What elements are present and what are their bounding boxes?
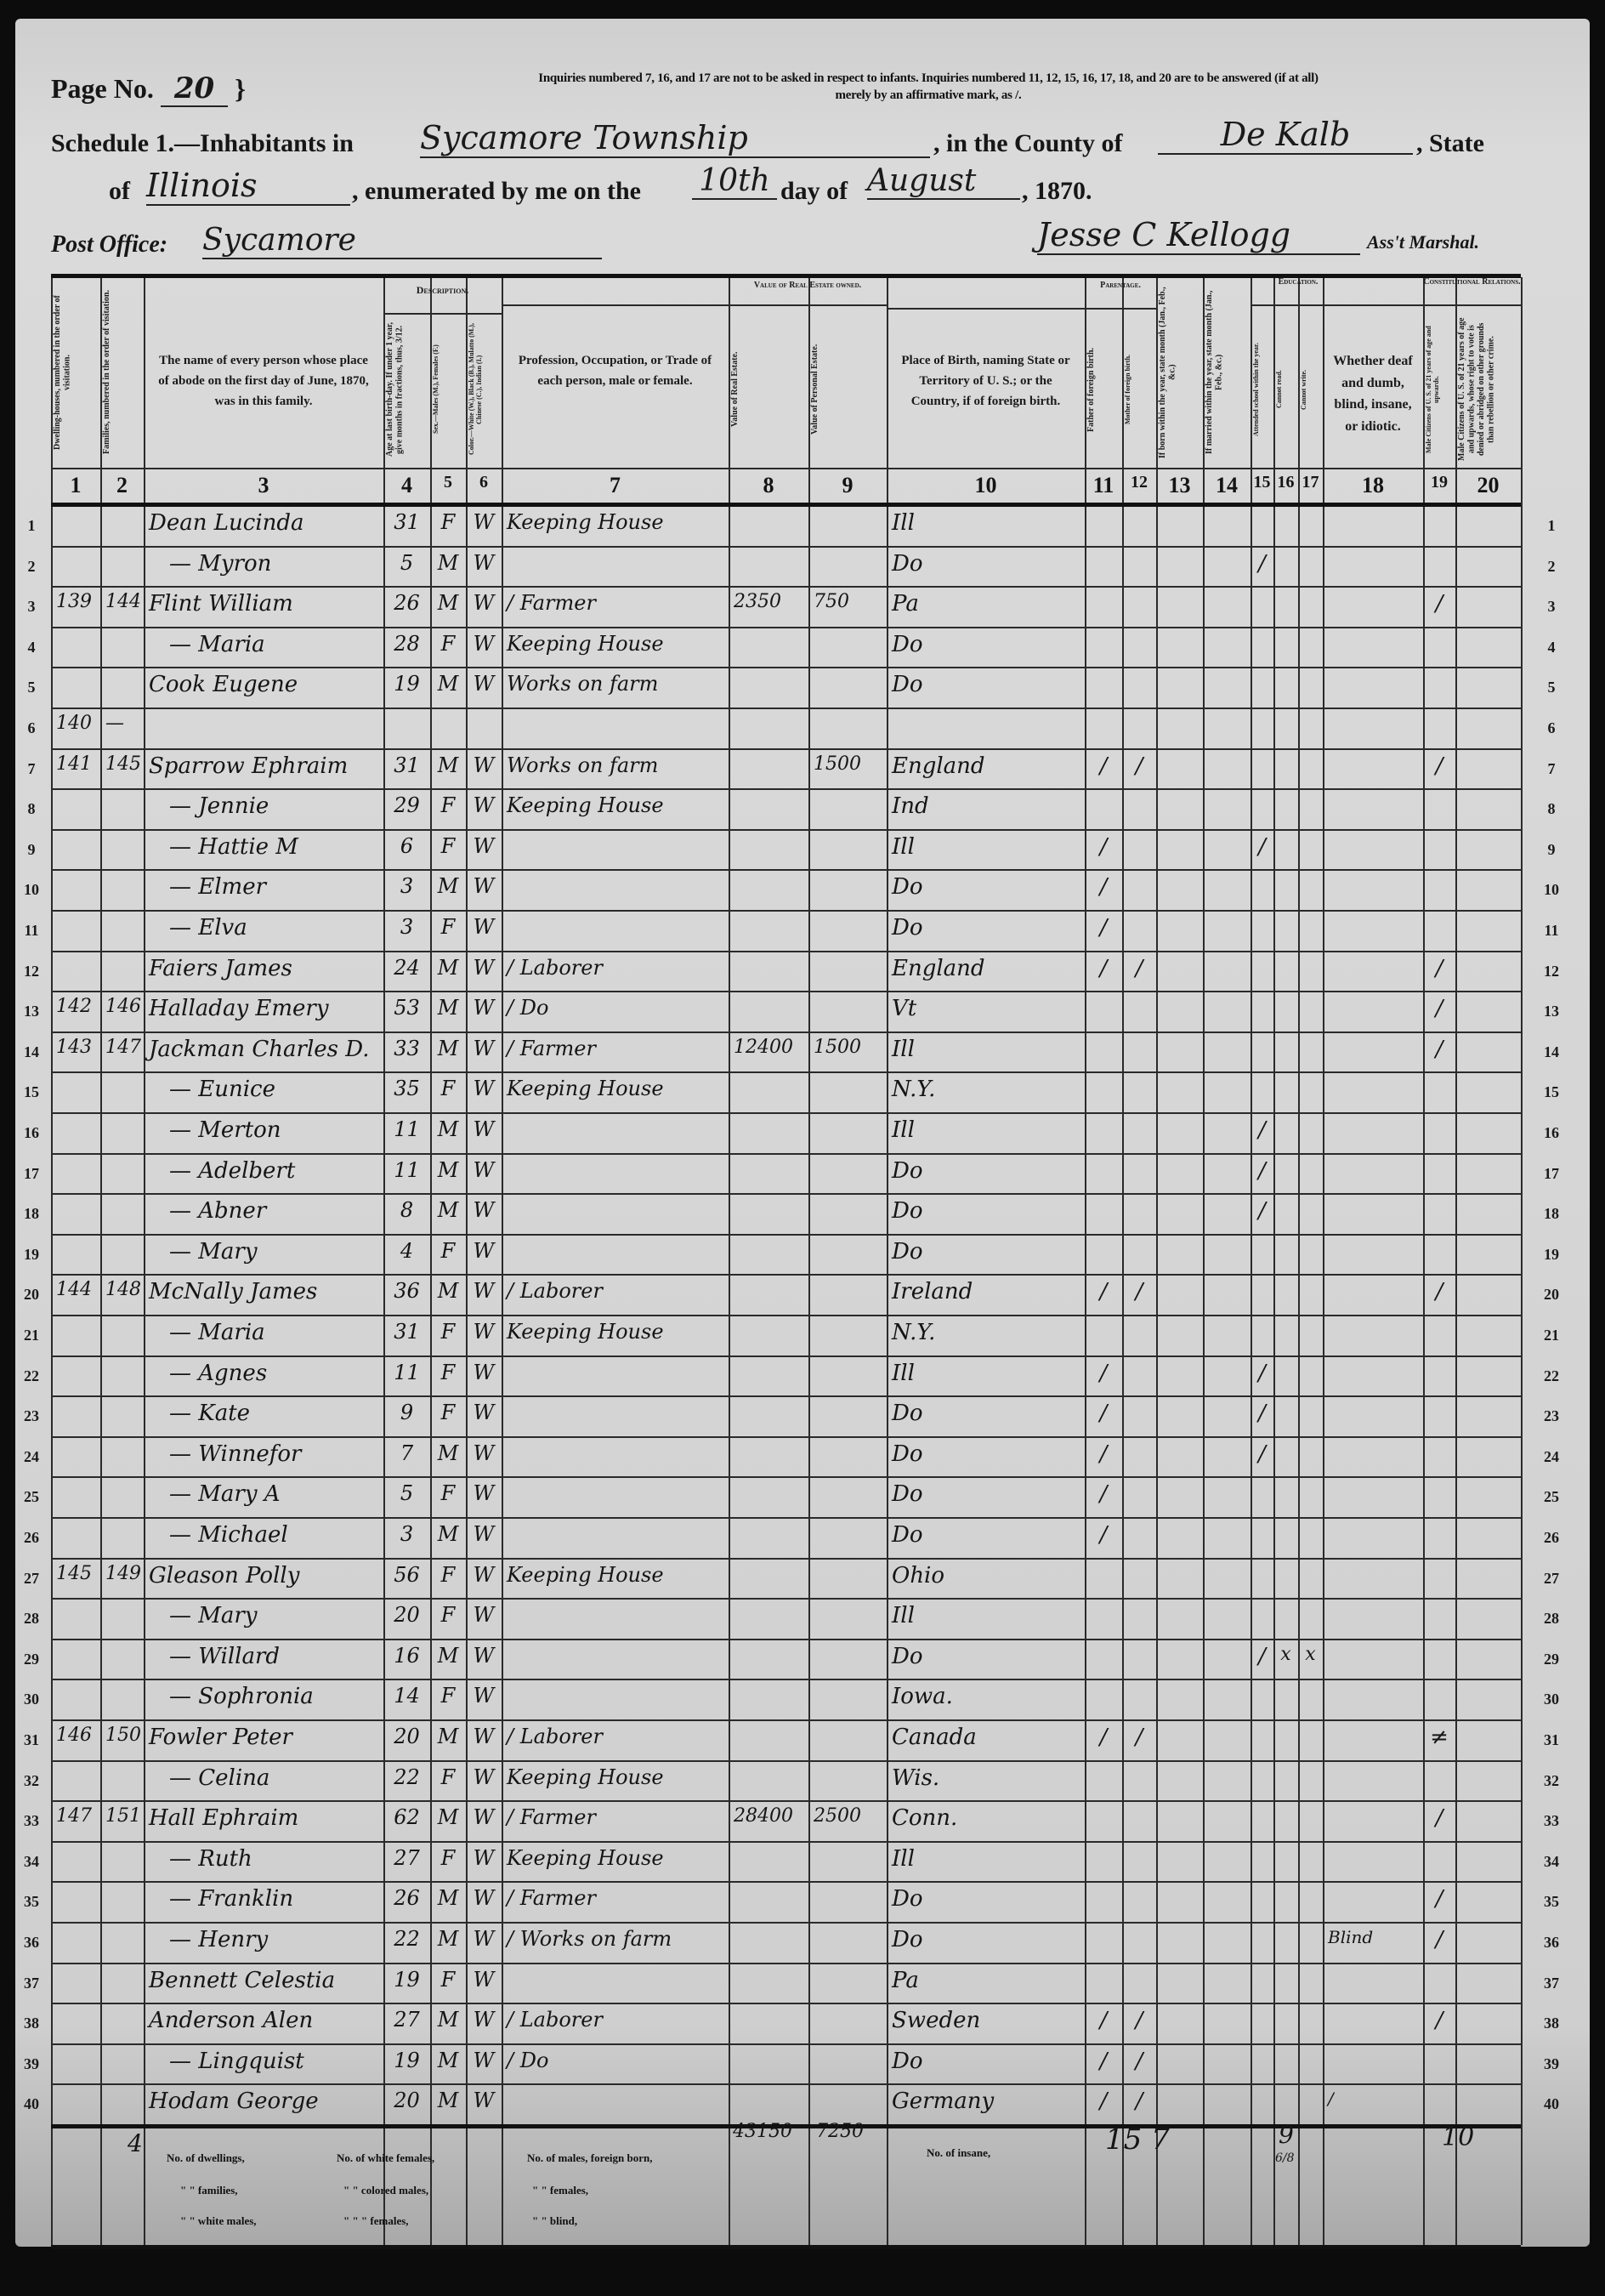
footer-total-school-sub: 6/8 xyxy=(1275,2151,1295,2165)
row-line-number-left: 17 xyxy=(19,1165,44,1183)
row-line-number-right: 8 xyxy=(1539,800,1564,818)
row-line-number-left: 15 xyxy=(19,1083,44,1101)
person-name: — Jennie xyxy=(169,793,269,819)
sex: M xyxy=(430,551,466,575)
column-header-8: Value of Real Estate. xyxy=(730,316,807,463)
row-line-number-left: 35 xyxy=(19,1893,44,1911)
occupation: Works on farm xyxy=(507,672,658,696)
age: 6 xyxy=(383,834,430,858)
row-line-number-left: 28 xyxy=(19,1610,44,1628)
sex: M xyxy=(430,672,466,696)
male-citizen-mark: / xyxy=(1423,1886,1455,1912)
birthplace: Ill xyxy=(892,510,915,536)
sex: F xyxy=(430,1361,466,1384)
age: 24 xyxy=(383,956,430,980)
column-header-1: Dwelling-houses, numbered in the order o… xyxy=(53,282,99,463)
sex: F xyxy=(430,632,466,656)
color: W xyxy=(466,1198,502,1222)
footer-family-count: 4 xyxy=(128,2129,143,2157)
age: 27 xyxy=(383,1846,430,1870)
person-name: — Maria xyxy=(169,632,265,657)
age: 62 xyxy=(383,1805,430,1829)
person-name: Faiers James xyxy=(149,956,292,981)
footer-label-foreign-females: " " females, xyxy=(532,2184,588,2197)
sex: F xyxy=(430,793,466,817)
birthplace: N.Y. xyxy=(892,1320,935,1345)
color: W xyxy=(466,1037,502,1060)
row-line-number-left: 27 xyxy=(19,1570,44,1588)
row-line-number-left: 18 xyxy=(19,1205,44,1223)
column-header-16: Cannot read. xyxy=(1275,316,1296,463)
birthplace: Do xyxy=(892,1239,923,1265)
column-number-18: 18 xyxy=(1323,473,1423,498)
personal-estate-value: 1500 xyxy=(814,1037,861,1058)
birthplace: Do xyxy=(892,551,923,577)
occupation: / Farmer xyxy=(507,591,596,615)
birthplace: Do xyxy=(892,632,923,657)
attended-school-mark: / xyxy=(1251,1401,1273,1426)
state: Illinois xyxy=(146,167,350,206)
person-name: — Hattie M xyxy=(169,834,298,860)
father-foreign-mark: / xyxy=(1085,1725,1122,1750)
birthplace: N.Y. xyxy=(892,1077,935,1102)
row-line-number-right: 5 xyxy=(1539,679,1564,696)
occupation: / Laborer xyxy=(507,956,603,980)
age: 20 xyxy=(383,1603,430,1627)
sex: M xyxy=(430,591,466,615)
birthplace: Wis. xyxy=(892,1765,939,1791)
birthplace: Ohio xyxy=(892,1563,944,1588)
person-name: — Eunice xyxy=(169,1077,275,1102)
color: W xyxy=(466,510,502,534)
row-line-number-left: 26 xyxy=(19,1529,44,1547)
row-line-number-left: 33 xyxy=(19,1812,44,1830)
age: 29 xyxy=(383,793,430,817)
male-citizen-mark: / xyxy=(1423,753,1455,779)
age: 26 xyxy=(383,1886,430,1910)
color: W xyxy=(466,1644,502,1668)
color: W xyxy=(466,632,502,656)
column-number-10: 10 xyxy=(887,473,1085,498)
mother-foreign-mark: / xyxy=(1122,2008,1156,2033)
age: 27 xyxy=(383,2008,430,2032)
row-line-number-right: 6 xyxy=(1539,719,1564,737)
person-name: Fowler Peter xyxy=(149,1725,292,1750)
age: 56 xyxy=(383,1563,430,1587)
personal-estate-value: 1500 xyxy=(814,753,861,775)
age: 35 xyxy=(383,1077,430,1100)
row-line-number-right: 33 xyxy=(1539,1812,1564,1830)
row-line-number-left: 23 xyxy=(19,1407,44,1425)
person-name: — Mary xyxy=(169,1239,258,1265)
row-line-number-left: 39 xyxy=(19,2055,44,2073)
person-name: Flint William xyxy=(149,591,293,617)
row-line-number-left: 34 xyxy=(19,1853,44,1871)
person-name: Cook Eugene xyxy=(149,672,298,697)
father-foreign-mark: / xyxy=(1085,1279,1122,1304)
column-header-14: If married within the year, state month … xyxy=(1205,282,1249,463)
color: W xyxy=(466,1279,502,1303)
row-line-number-right: 2 xyxy=(1539,558,1564,576)
row-line-number-right: 4 xyxy=(1539,639,1564,656)
footer-total-school: 9 xyxy=(1279,2121,1294,2149)
occupation: / Works on farm xyxy=(507,1927,672,1951)
birthplace: Ireland xyxy=(892,1279,973,1304)
father-foreign-mark: / xyxy=(1085,2049,1122,2074)
row-line-number-right: 38 xyxy=(1539,2015,1564,2032)
column-number-2: 2 xyxy=(100,473,144,498)
person-name: Halladay Emery xyxy=(149,996,329,1021)
occupation: / Laborer xyxy=(507,1725,603,1748)
sex: M xyxy=(430,1158,466,1182)
row-line-number-left: 8 xyxy=(19,800,44,818)
column-number-6: 6 xyxy=(466,473,502,492)
sex: M xyxy=(430,1441,466,1465)
birthplace: England xyxy=(892,956,985,981)
age: 20 xyxy=(383,1725,430,1748)
row-line-number-right: 35 xyxy=(1539,1893,1564,1911)
dwelling-number: 147 xyxy=(56,1805,92,1827)
post-office: Sycamore xyxy=(202,223,602,259)
sex: M xyxy=(430,1927,466,1951)
footer-label-colored-males: " " colored males, xyxy=(343,2184,428,2197)
birthplace: Do xyxy=(892,1886,923,1912)
sex: M xyxy=(430,1805,466,1829)
color: W xyxy=(466,793,502,817)
instructions-line1: Inquiries numbered 7, 16, and 17 are not… xyxy=(333,71,1523,86)
group-constitutional: Constitutional Relations. xyxy=(1423,277,1521,287)
column-number-15: 15 xyxy=(1251,473,1273,492)
footer-total-citizens: 10 xyxy=(1442,2123,1474,2152)
row-line-number-left: 3 xyxy=(19,598,44,616)
day: 10th xyxy=(692,163,777,200)
row-line-number-left: 7 xyxy=(19,760,44,778)
family-number: 144 xyxy=(105,591,141,612)
birthplace: Do xyxy=(892,1522,923,1548)
father-foreign-mark: / xyxy=(1085,1401,1122,1426)
color: W xyxy=(466,1765,502,1789)
person-name: — Elmer xyxy=(169,874,266,900)
row-line-number-left: 2 xyxy=(19,558,44,576)
of-label: of xyxy=(109,177,130,206)
color: W xyxy=(466,591,502,615)
occupation: / Laborer xyxy=(507,2008,603,2032)
occupation: / Farmer xyxy=(507,1037,596,1060)
male-citizen-mark: / xyxy=(1423,956,1455,981)
row-line-number-right: 24 xyxy=(1539,1448,1564,1466)
age: 36 xyxy=(383,1279,430,1303)
occupation: / Farmer xyxy=(507,1886,596,1910)
occupation: Works on farm xyxy=(507,753,658,777)
mother-foreign-mark: / xyxy=(1122,753,1156,779)
column-header-7: Profession, Occupation, or Trade of each… xyxy=(512,350,718,391)
birthplace: Do xyxy=(892,1481,923,1507)
column-number-5: 5 xyxy=(430,473,466,492)
color: W xyxy=(466,1886,502,1910)
real-estate-value: 12400 xyxy=(734,1037,793,1058)
column-number-3: 3 xyxy=(144,473,383,498)
color: W xyxy=(466,1158,502,1182)
dwelling-number: 142 xyxy=(56,996,92,1017)
male-citizen-mark: ≠ xyxy=(1423,1725,1455,1750)
male-citizen-mark: / xyxy=(1423,1279,1455,1304)
occupation: Keeping House xyxy=(507,1320,664,1344)
age: 5 xyxy=(383,1481,430,1505)
birthplace: Iowa. xyxy=(892,1684,953,1709)
father-foreign-mark: / xyxy=(1085,1441,1122,1467)
age: 33 xyxy=(383,1037,430,1060)
birthplace: Do xyxy=(892,915,923,941)
male-citizen-mark: / xyxy=(1423,1037,1455,1062)
birthplace: Do xyxy=(892,1441,923,1467)
person-name: — Franklin xyxy=(169,1886,293,1912)
color: W xyxy=(466,956,502,980)
age: 7 xyxy=(383,1441,430,1465)
person-name: — Maria xyxy=(169,1320,265,1345)
father-foreign-mark: / xyxy=(1085,956,1122,981)
footer-label-foreign-males: No. of males, foreign born, xyxy=(527,2151,652,2165)
page-number-label: Page No. 20 } xyxy=(51,71,246,105)
row-line-number-right: 10 xyxy=(1539,881,1564,899)
mother-foreign-mark: / xyxy=(1122,1279,1156,1304)
column-number-4: 4 xyxy=(383,473,430,498)
row-line-number-right: 15 xyxy=(1539,1083,1564,1101)
row-line-number-left: 20 xyxy=(19,1286,44,1304)
person-name: Sparrow Ephraim xyxy=(149,753,348,779)
attended-school-mark: / xyxy=(1251,1117,1273,1143)
dwelling-number: 146 xyxy=(56,1725,92,1746)
personal-estate-value: 750 xyxy=(814,591,849,612)
color: W xyxy=(466,1927,502,1951)
color: W xyxy=(466,996,502,1020)
dwelling-number: 141 xyxy=(56,753,92,775)
sex: F xyxy=(430,1401,466,1424)
person-name: McNally James xyxy=(149,1279,317,1304)
row-line-number-left: 12 xyxy=(19,963,44,980)
day-of-text: day of xyxy=(780,177,848,206)
row-line-number-left: 24 xyxy=(19,1448,44,1466)
color: W xyxy=(466,1361,502,1384)
row-line-number-right: 30 xyxy=(1539,1691,1564,1708)
male-citizen-mark: / xyxy=(1423,996,1455,1021)
father-foreign-mark: / xyxy=(1085,1361,1122,1386)
column-header-11: Father of foreign birth. xyxy=(1086,316,1120,463)
row-line-number-left: 9 xyxy=(19,841,44,859)
township: Sycamore Township xyxy=(420,119,930,158)
person-name: — Winnefor xyxy=(169,1441,301,1467)
sex: M xyxy=(430,2089,466,2112)
occupation: Keeping House xyxy=(507,1077,664,1100)
sex: F xyxy=(430,1968,466,1992)
schedule-prefix: Schedule 1.—Inhabitants in xyxy=(51,129,354,157)
age: 26 xyxy=(383,591,430,615)
sex: M xyxy=(430,874,466,898)
family-number: 150 xyxy=(105,1725,141,1746)
birthplace: England xyxy=(892,753,985,779)
column-header-18: Whether deaf and dumb, blind, insane, or… xyxy=(1333,350,1413,437)
family-number: 151 xyxy=(105,1805,141,1827)
row-line-number-left: 16 xyxy=(19,1124,44,1142)
father-foreign-mark: / xyxy=(1085,1481,1122,1507)
color: W xyxy=(466,1320,502,1344)
column-number-7: 7 xyxy=(502,473,729,498)
birthplace: Ill xyxy=(892,1846,915,1872)
month: August xyxy=(867,163,1020,200)
row-line-number-right: 40 xyxy=(1539,2095,1564,2113)
row-line-number-right: 39 xyxy=(1539,2055,1564,2073)
row-line-number-left: 30 xyxy=(19,1691,44,1708)
father-foreign-mark: / xyxy=(1085,834,1122,860)
color: W xyxy=(466,672,502,696)
column-number-13: 13 xyxy=(1156,473,1203,498)
color: W xyxy=(466,1522,502,1546)
row-line-number-left: 36 xyxy=(19,1934,44,1952)
person-name: — Celina xyxy=(169,1765,269,1791)
schedule-title: Schedule 1.—Inhabitants in xyxy=(51,129,354,158)
row-line-number-left: 31 xyxy=(19,1731,44,1749)
birthplace: Ill xyxy=(892,1361,915,1386)
row-line-number-right: 28 xyxy=(1539,1610,1564,1628)
person-name: — Lingquist xyxy=(169,2049,304,2074)
color: W xyxy=(466,1401,502,1424)
row-line-number-right: 22 xyxy=(1539,1367,1564,1385)
age: 20 xyxy=(383,2089,430,2112)
sex: M xyxy=(430,1198,466,1222)
color: W xyxy=(466,1239,502,1263)
age: 3 xyxy=(383,915,430,939)
footer-total-real-estate: 43150 xyxy=(733,2121,792,2142)
sex: F xyxy=(430,1239,466,1263)
row-line-number-left: 10 xyxy=(19,881,44,899)
row-line-number-left: 19 xyxy=(19,1246,44,1264)
year: , 1870. xyxy=(1022,177,1092,206)
sex: M xyxy=(430,1644,466,1668)
row-line-number-left: 4 xyxy=(19,639,44,656)
sex: M xyxy=(430,1279,466,1303)
age: 8 xyxy=(383,1198,430,1222)
age: 28 xyxy=(383,632,430,656)
sex: F xyxy=(430,834,466,858)
sex: M xyxy=(430,1117,466,1141)
footer-label-dwellings: No. of dwellings, xyxy=(167,2151,245,2165)
column-number-16: 16 xyxy=(1273,473,1298,492)
male-citizen-mark: / xyxy=(1423,591,1455,617)
sex: F xyxy=(430,1603,466,1627)
birthplace: Do xyxy=(892,2049,923,2074)
occupation: Keeping House xyxy=(507,510,664,534)
age: 4 xyxy=(383,1239,430,1263)
birthplace: Do xyxy=(892,1401,923,1426)
family-number: 148 xyxy=(105,1279,141,1300)
footer-label-white-males: " " white males, xyxy=(180,2214,257,2228)
group-education: Education. xyxy=(1273,277,1323,287)
row-line-number-right: 32 xyxy=(1539,1772,1564,1790)
page-number: 20 xyxy=(161,71,228,107)
sex: M xyxy=(430,2049,466,2072)
row-line-number-left: 32 xyxy=(19,1772,44,1790)
footer-label-colored-females: " " " females, xyxy=(343,2214,409,2228)
row-line-number-right: 11 xyxy=(1539,922,1564,940)
color: W xyxy=(466,1563,502,1587)
attended-school-mark: / xyxy=(1251,1644,1273,1669)
sex: F xyxy=(430,1481,466,1505)
dwelling-number: 144 xyxy=(56,1279,92,1300)
birthplace: Ill xyxy=(892,834,915,860)
row-line-number-right: 19 xyxy=(1539,1246,1564,1264)
birthplace: Sweden xyxy=(892,2008,980,2033)
column-number-12: 12 xyxy=(1122,473,1156,492)
real-estate-value: 28400 xyxy=(734,1805,793,1827)
father-foreign-mark: / xyxy=(1085,2008,1122,2033)
row-line-number-left: 21 xyxy=(19,1327,44,1344)
sex: F xyxy=(430,1846,466,1870)
marshal-title: Ass't Marshal. xyxy=(1367,231,1479,253)
occupation: Keeping House xyxy=(507,793,664,817)
sex: F xyxy=(430,1320,466,1344)
person-name: Anderson Alen xyxy=(149,2008,313,2033)
row-line-number-right: 13 xyxy=(1539,1003,1564,1020)
column-number-17: 17 xyxy=(1298,473,1323,492)
row-line-number-right: 14 xyxy=(1539,1043,1564,1061)
family-number: 147 xyxy=(105,1037,141,1058)
sex: M xyxy=(430,1886,466,1910)
attended-school-mark: / xyxy=(1251,834,1273,860)
dwelling-number: 140 xyxy=(56,713,92,734)
color: W xyxy=(466,753,502,777)
birthplace: Ill xyxy=(892,1603,915,1628)
state-suffix: , State xyxy=(1416,129,1484,158)
page-label: Page No. xyxy=(51,73,154,104)
person-name: Jackman Charles D. xyxy=(149,1037,369,1062)
sex: F xyxy=(430,1077,466,1100)
father-foreign-mark: / xyxy=(1085,2089,1122,2114)
birthplace: Do xyxy=(892,1158,923,1184)
footer-total-personal-estate: 7250 xyxy=(816,2121,864,2142)
row-line-number-left: 22 xyxy=(19,1367,44,1385)
age: 22 xyxy=(383,1927,430,1951)
age: 19 xyxy=(383,2049,430,2072)
birthplace: Do xyxy=(892,874,923,900)
column-header-19: Male Citizens of U. S. of 21 years of ag… xyxy=(1425,316,1454,463)
birthplace: Pa xyxy=(892,591,919,617)
footer-label-families: " " families, xyxy=(180,2184,238,2197)
row-line-number-left: 5 xyxy=(19,679,44,696)
mother-foreign-mark: / xyxy=(1122,956,1156,981)
group-real-estate: Value of Real Estate owned. xyxy=(729,281,887,290)
person-name: — Myron xyxy=(169,551,271,577)
birthplace: Vt xyxy=(892,996,916,1021)
instructions-line2: merely by an affirmative mark, as /. xyxy=(333,88,1523,103)
deaf-blind-note: Blind xyxy=(1328,1927,1373,1947)
cannot-read-mark: x xyxy=(1273,1644,1298,1665)
column-header-4: Age at last birth-day. If under 1 year, … xyxy=(385,316,428,463)
person-name: — Kate xyxy=(169,1401,250,1426)
sex: M xyxy=(430,1522,466,1546)
row-line-number-right: 9 xyxy=(1539,841,1564,859)
sex: M xyxy=(430,1725,466,1748)
column-header-20: Male Citizens of U. S. of 21 years of ag… xyxy=(1457,316,1519,463)
person-name: — Elva xyxy=(169,915,247,941)
father-foreign-mark: / xyxy=(1085,1522,1122,1548)
age: 16 xyxy=(383,1644,430,1668)
age: 31 xyxy=(383,510,430,534)
column-header-3: The name of every person whose place of … xyxy=(154,350,373,412)
birthplace: Conn. xyxy=(892,1805,957,1831)
person-name: Gleason Polly xyxy=(149,1563,299,1588)
male-citizen-mark: / xyxy=(1423,2008,1455,2033)
column-number-20: 20 xyxy=(1455,473,1521,498)
father-foreign-mark: / xyxy=(1085,874,1122,900)
